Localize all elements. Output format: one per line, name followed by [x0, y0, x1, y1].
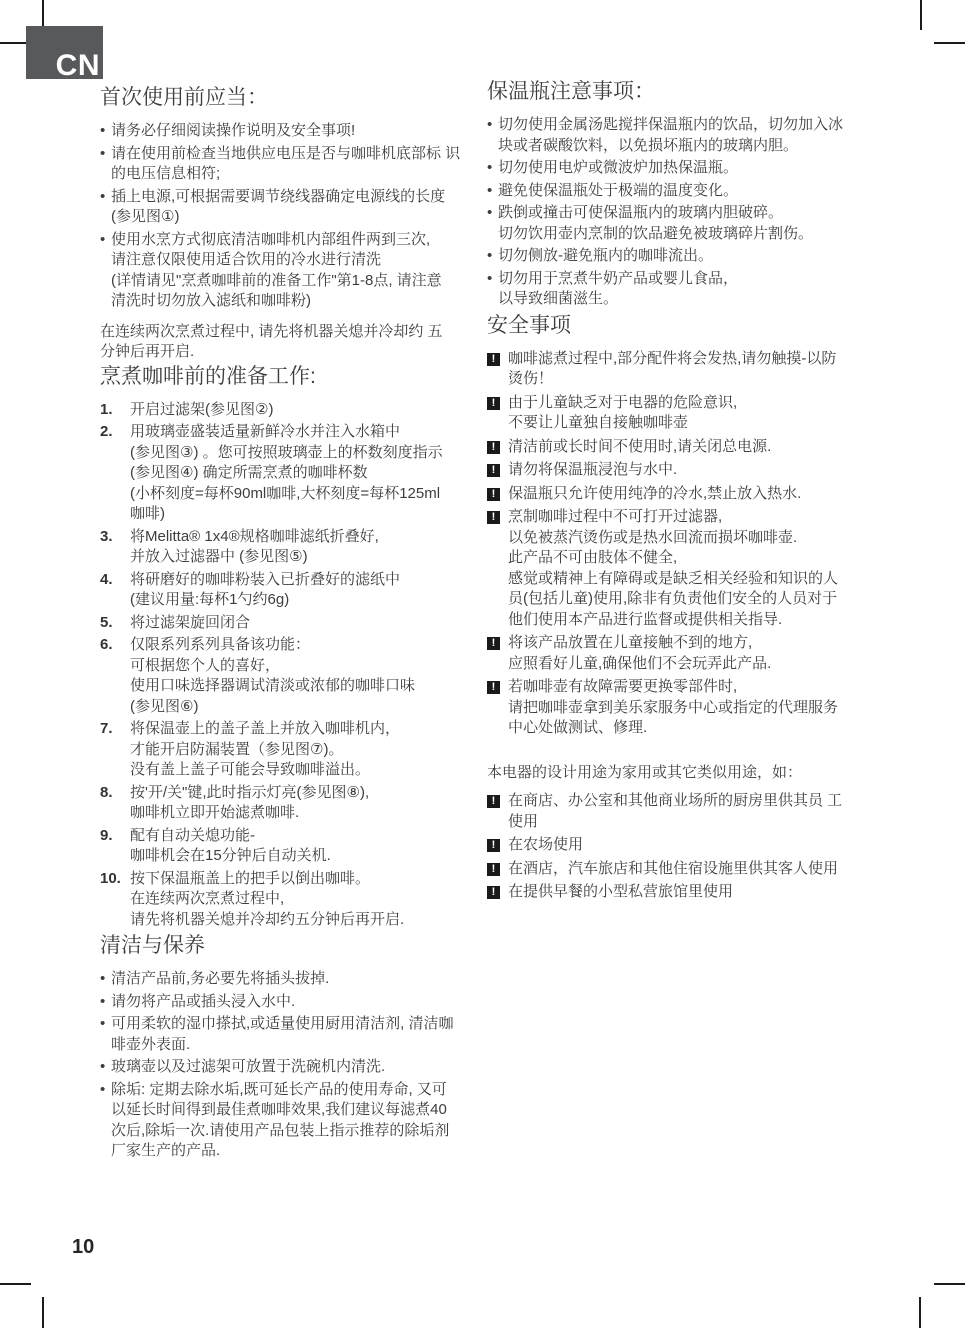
list-item: !烹制咖啡过程中不可打开过滤器, 以免被蒸汽烫伤或是热水回流而损坏咖啡壶. 此产… — [487, 507, 887, 630]
warning-text: 若咖啡壶有故障需要更换零部件时, 请把咖啡壶拿到美乐家服务中心或指定的代理服务 … — [508, 677, 887, 739]
first-use-note: 在连续两次烹煮过程中, 请先将机器关熄并冷却约 五 分钟后再开启. — [100, 322, 485, 363]
list-item: !由于儿童缺乏对于电器的危险意识, 不要让儿童独自接触咖啡壶 — [487, 393, 887, 434]
step-number: 8. — [100, 783, 130, 824]
crop-mark-top-right-horizontal — [934, 42, 965, 44]
intended-use-intro: 本电器的设计用途为家用或其它类似用途，如： — [487, 763, 887, 784]
warning-icon: ! — [487, 464, 500, 477]
list-item: 切勿使用电炉或微波炉加热保温瓶。 — [487, 158, 887, 179]
step-text: 将研磨好的咖啡粉装入已折叠好的滤纸中 (建议用量:每杯1勺约6g) — [130, 570, 485, 611]
step-number: 3. — [100, 527, 130, 568]
safety-warning-list: !咖啡滤煮过程中,部分配件将会发热,请勿触摸-以防 烫伤！ !由于儿童缺乏对于电… — [487, 349, 887, 739]
warning-icon: ! — [487, 353, 500, 366]
step-number: 6. — [100, 635, 130, 717]
page-number: 10 — [72, 1236, 94, 1259]
step-text: 将保温壶上的盖子盖上并放入咖啡机内， 才能开启防漏装置（参见图⑦)。 没有盖上盖… — [130, 719, 485, 781]
list-item: 10.按下保温瓶盖上的把手以倒出咖啡。 在连续两次烹煮过程中, 请先将机器关熄并… — [100, 869, 485, 931]
step-number: 1. — [100, 400, 130, 421]
step-number: 4. — [100, 570, 130, 611]
list-item: !清洁前或长时间不使用时,请关闭总电源. — [487, 437, 887, 458]
cleaning-bullet-list: 清洁产品前,务必要先将插头拔掉. 请勿将产品或插头浸入水中. 可用柔软的湿巾搽拭… — [100, 969, 485, 1162]
list-item: 请勿将产品或插头浸入水中. — [100, 992, 485, 1013]
preparation-step-list: 1.开启过滤架(参见图②) 2.用玻璃壶盛装适量新鲜冷水并注入水箱中 (参见图③… — [100, 400, 485, 931]
section-heading-first-use: 首次使用前应当： — [100, 84, 485, 111]
step-text: 按下保温瓶盖上的把手以倒出咖啡。 在连续两次烹煮过程中, 请先将机器关熄并冷却约… — [130, 869, 485, 931]
crop-mark-bottom-right-vertical — [919, 1297, 921, 1328]
right-column: 保温瓶注意事项： 切勿使用金属汤匙搅拌保温瓶内的饮品，切勿加入冰 块或者碳酸饮料… — [487, 78, 887, 906]
section-heading-cleaning: 清洁与保养 — [100, 932, 485, 959]
list-item: 6.仅限系列系列具备该功能： 可根据您个人的喜好， 使用口味选择器调试清淡或浓郁… — [100, 635, 485, 717]
list-item: 9.配有自动关熄功能- 咖啡机会在15分钟后自动关机. — [100, 826, 485, 867]
list-item: !在酒店，汽车旅店和其他住宿设施里供其客人使用 — [487, 859, 887, 880]
list-item: 3.将Melitta® 1x4®规格咖啡滤纸折叠好, 并放入过滤器中 (参见图⑤… — [100, 527, 485, 568]
section-heading-thermal-jug: 保温瓶注意事项： — [487, 78, 887, 105]
step-number: 10. — [100, 869, 130, 931]
list-item: 跌倒或撞击可使保温瓶内的玻璃内胆破碎。 切勿饮用壶内烹制的饮品避免被玻璃碎片割伤… — [487, 203, 887, 244]
list-item: 除垢: 定期去除水垢,既可延长产品的使用寿命, 又可 以延长时间得到最佳煮咖啡效… — [100, 1080, 485, 1162]
list-item: !若咖啡壶有故障需要更换零部件时, 请把咖啡壶拿到美乐家服务中心或指定的代理服务… — [487, 677, 887, 739]
warning-text: 烹制咖啡过程中不可打开过滤器, 以免被蒸汽烫伤或是热水回流而损坏咖啡壶. 此产品… — [508, 507, 887, 630]
step-text: 仅限系列系列具备该功能： 可根据您个人的喜好， 使用口味选择器调试清淡或浓郁的咖… — [130, 635, 485, 717]
list-item: 7.将保温壶上的盖子盖上并放入咖啡机内， 才能开启防漏装置（参见图⑦)。 没有盖… — [100, 719, 485, 781]
warning-icon: ! — [487, 511, 500, 524]
step-text: 开启过滤架(参见图②) — [130, 400, 485, 421]
language-tab-label: CN — [56, 53, 100, 79]
list-item: !在商店、办公室和其他商业场所的厨房里供其员 工 使用 — [487, 791, 887, 832]
list-item: !在农场使用 — [487, 835, 887, 856]
step-number: 5. — [100, 613, 130, 634]
thermal-jug-bullet-list: 切勿使用金属汤匙搅拌保温瓶内的饮品，切勿加入冰 块或者碳酸饮料，以免损坏瓶内的玻… — [487, 115, 887, 310]
first-use-bullet-list: 请务必仔细阅读操作说明及安全事项! 请在使用前检查当地供应电压是否与咖啡机底部标… — [100, 121, 485, 312]
warning-icon: ! — [487, 795, 500, 808]
section-heading-preparation: 烹煮咖啡前的准备工作: — [100, 363, 485, 390]
step-text: 配有自动关熄功能- 咖啡机会在15分钟后自动关机. — [130, 826, 485, 867]
warning-text: 将该产品放置在儿童接触不到的地方, 应照看好儿童,确保他们不会玩弄此产品. — [508, 633, 887, 674]
warning-icon: ! — [487, 397, 500, 410]
crop-mark-top-right-vertical — [920, 0, 922, 30]
list-item: 清洁产品前,务必要先将插头拔掉. — [100, 969, 485, 990]
warning-icon: ! — [487, 863, 500, 876]
warning-icon: ! — [487, 681, 500, 694]
intended-use-list: !在商店、办公室和其他商业场所的厨房里供其员 工 使用 !在农场使用 !在酒店，… — [487, 791, 887, 903]
step-number: 7. — [100, 719, 130, 781]
step-number: 9. — [100, 826, 130, 867]
crop-mark-bottom-right-horizontal — [934, 1283, 965, 1285]
list-item: 避免使保温瓶处于极端的温度变化。 — [487, 181, 887, 202]
list-item: 插上电源,可根据需要调节绕线器确定电源线的长度 (参见图①) — [100, 187, 485, 228]
list-item: !将该产品放置在儿童接触不到的地方, 应照看好儿童,确保他们不会玩弄此产品. — [487, 633, 887, 674]
usage-text: 在酒店，汽车旅店和其他住宿设施里供其客人使用 — [508, 859, 887, 880]
list-item: 玻璃壶以及过滤架可放置于洗碗机内清洗. — [100, 1057, 485, 1078]
left-column: 首次使用前应当： 请务必仔细阅读操作说明及安全事项! 请在使用前检查当地供应电压… — [100, 84, 485, 1164]
warning-text: 请勿将保温瓶浸泡与水中. — [508, 460, 887, 481]
list-item: !在提供早餐的小型私营旅馆里使用 — [487, 882, 887, 903]
step-number: 2. — [100, 422, 130, 525]
list-item: 切勿使用金属汤匙搅拌保温瓶内的饮品，切勿加入冰 块或者碳酸饮料，以免损坏瓶内的玻… — [487, 115, 887, 156]
step-text: 用玻璃壶盛装适量新鲜冷水并注入水箱中 (参见图③) 。您可按照玻璃壶上的杯数刻度… — [130, 422, 485, 525]
usage-text: 在农场使用 — [508, 835, 887, 856]
list-item: 请在使用前检查当地供应电压是否与咖啡机底部标 识 的电压信息相符; — [100, 144, 485, 185]
warning-icon: ! — [487, 488, 500, 501]
warning-text: 咖啡滤煮过程中,部分配件将会发热,请勿触摸-以防 烫伤！ — [508, 349, 887, 390]
list-item: 5.将过滤架旋回闭合 — [100, 613, 485, 634]
warning-icon: ! — [487, 441, 500, 454]
list-item: 切勿用于烹煮牛奶产品或婴儿食品， 以导致细菌滋生。 — [487, 269, 887, 310]
step-text: 按'开/关"键,此时指示灯亮(参见图⑧), 咖啡机立即开始滤煮咖啡. — [130, 783, 485, 824]
crop-mark-bottom-left-vertical — [42, 1297, 44, 1328]
warning-text: 保温瓶只允许使用纯净的冷水,禁止放入热水. — [508, 484, 887, 505]
list-item: !咖啡滤煮过程中,部分配件将会发热,请勿触摸-以防 烫伤！ — [487, 349, 887, 390]
step-text: 将Melitta® 1x4®规格咖啡滤纸折叠好, 并放入过滤器中 (参见图⑤) — [130, 527, 485, 568]
usage-text: 在提供早餐的小型私营旅馆里使用 — [508, 882, 887, 903]
crop-mark-bottom-left-horizontal — [0, 1283, 31, 1285]
warning-text: 由于儿童缺乏对于电器的危险意识, 不要让儿童独自接触咖啡壶 — [508, 393, 887, 434]
step-text: 将过滤架旋回闭合 — [130, 613, 485, 634]
warning-icon: ! — [487, 839, 500, 852]
language-tab: CN — [26, 26, 103, 79]
list-item: 4.将研磨好的咖啡粉装入已折叠好的滤纸中 (建议用量:每杯1勺约6g) — [100, 570, 485, 611]
list-item: !保温瓶只允许使用纯净的冷水,禁止放入热水. — [487, 484, 887, 505]
warning-text: 清洁前或长时间不使用时,请关闭总电源. — [508, 437, 887, 458]
usage-text: 在商店、办公室和其他商业场所的厨房里供其员 工 使用 — [508, 791, 887, 832]
section-heading-safety: 安全事项 — [487, 312, 887, 339]
list-item: 请务必仔细阅读操作说明及安全事项! — [100, 121, 485, 142]
list-item: 使用水烹方式彻底清洁咖啡机内部组件两到三次, 请注意仅限使用适合饮用的冷水进行清… — [100, 230, 485, 312]
list-item: 2.用玻璃壶盛装适量新鲜冷水并注入水箱中 (参见图③) 。您可按照玻璃壶上的杯数… — [100, 422, 485, 525]
warning-icon: ! — [487, 886, 500, 899]
warning-icon: ! — [487, 637, 500, 650]
list-item: 切勿侧放-避免瓶内的咖啡流出。 — [487, 246, 887, 267]
list-item: !请勿将保温瓶浸泡与水中. — [487, 460, 887, 481]
list-item: 8.按'开/关"键,此时指示灯亮(参见图⑧), 咖啡机立即开始滤煮咖啡. — [100, 783, 485, 824]
list-item: 可用柔软的湿巾搽拭,或适量使用厨用清洁剂, 清洁咖 啡壶外表面. — [100, 1014, 485, 1055]
list-item: 1.开启过滤架(参见图②) — [100, 400, 485, 421]
